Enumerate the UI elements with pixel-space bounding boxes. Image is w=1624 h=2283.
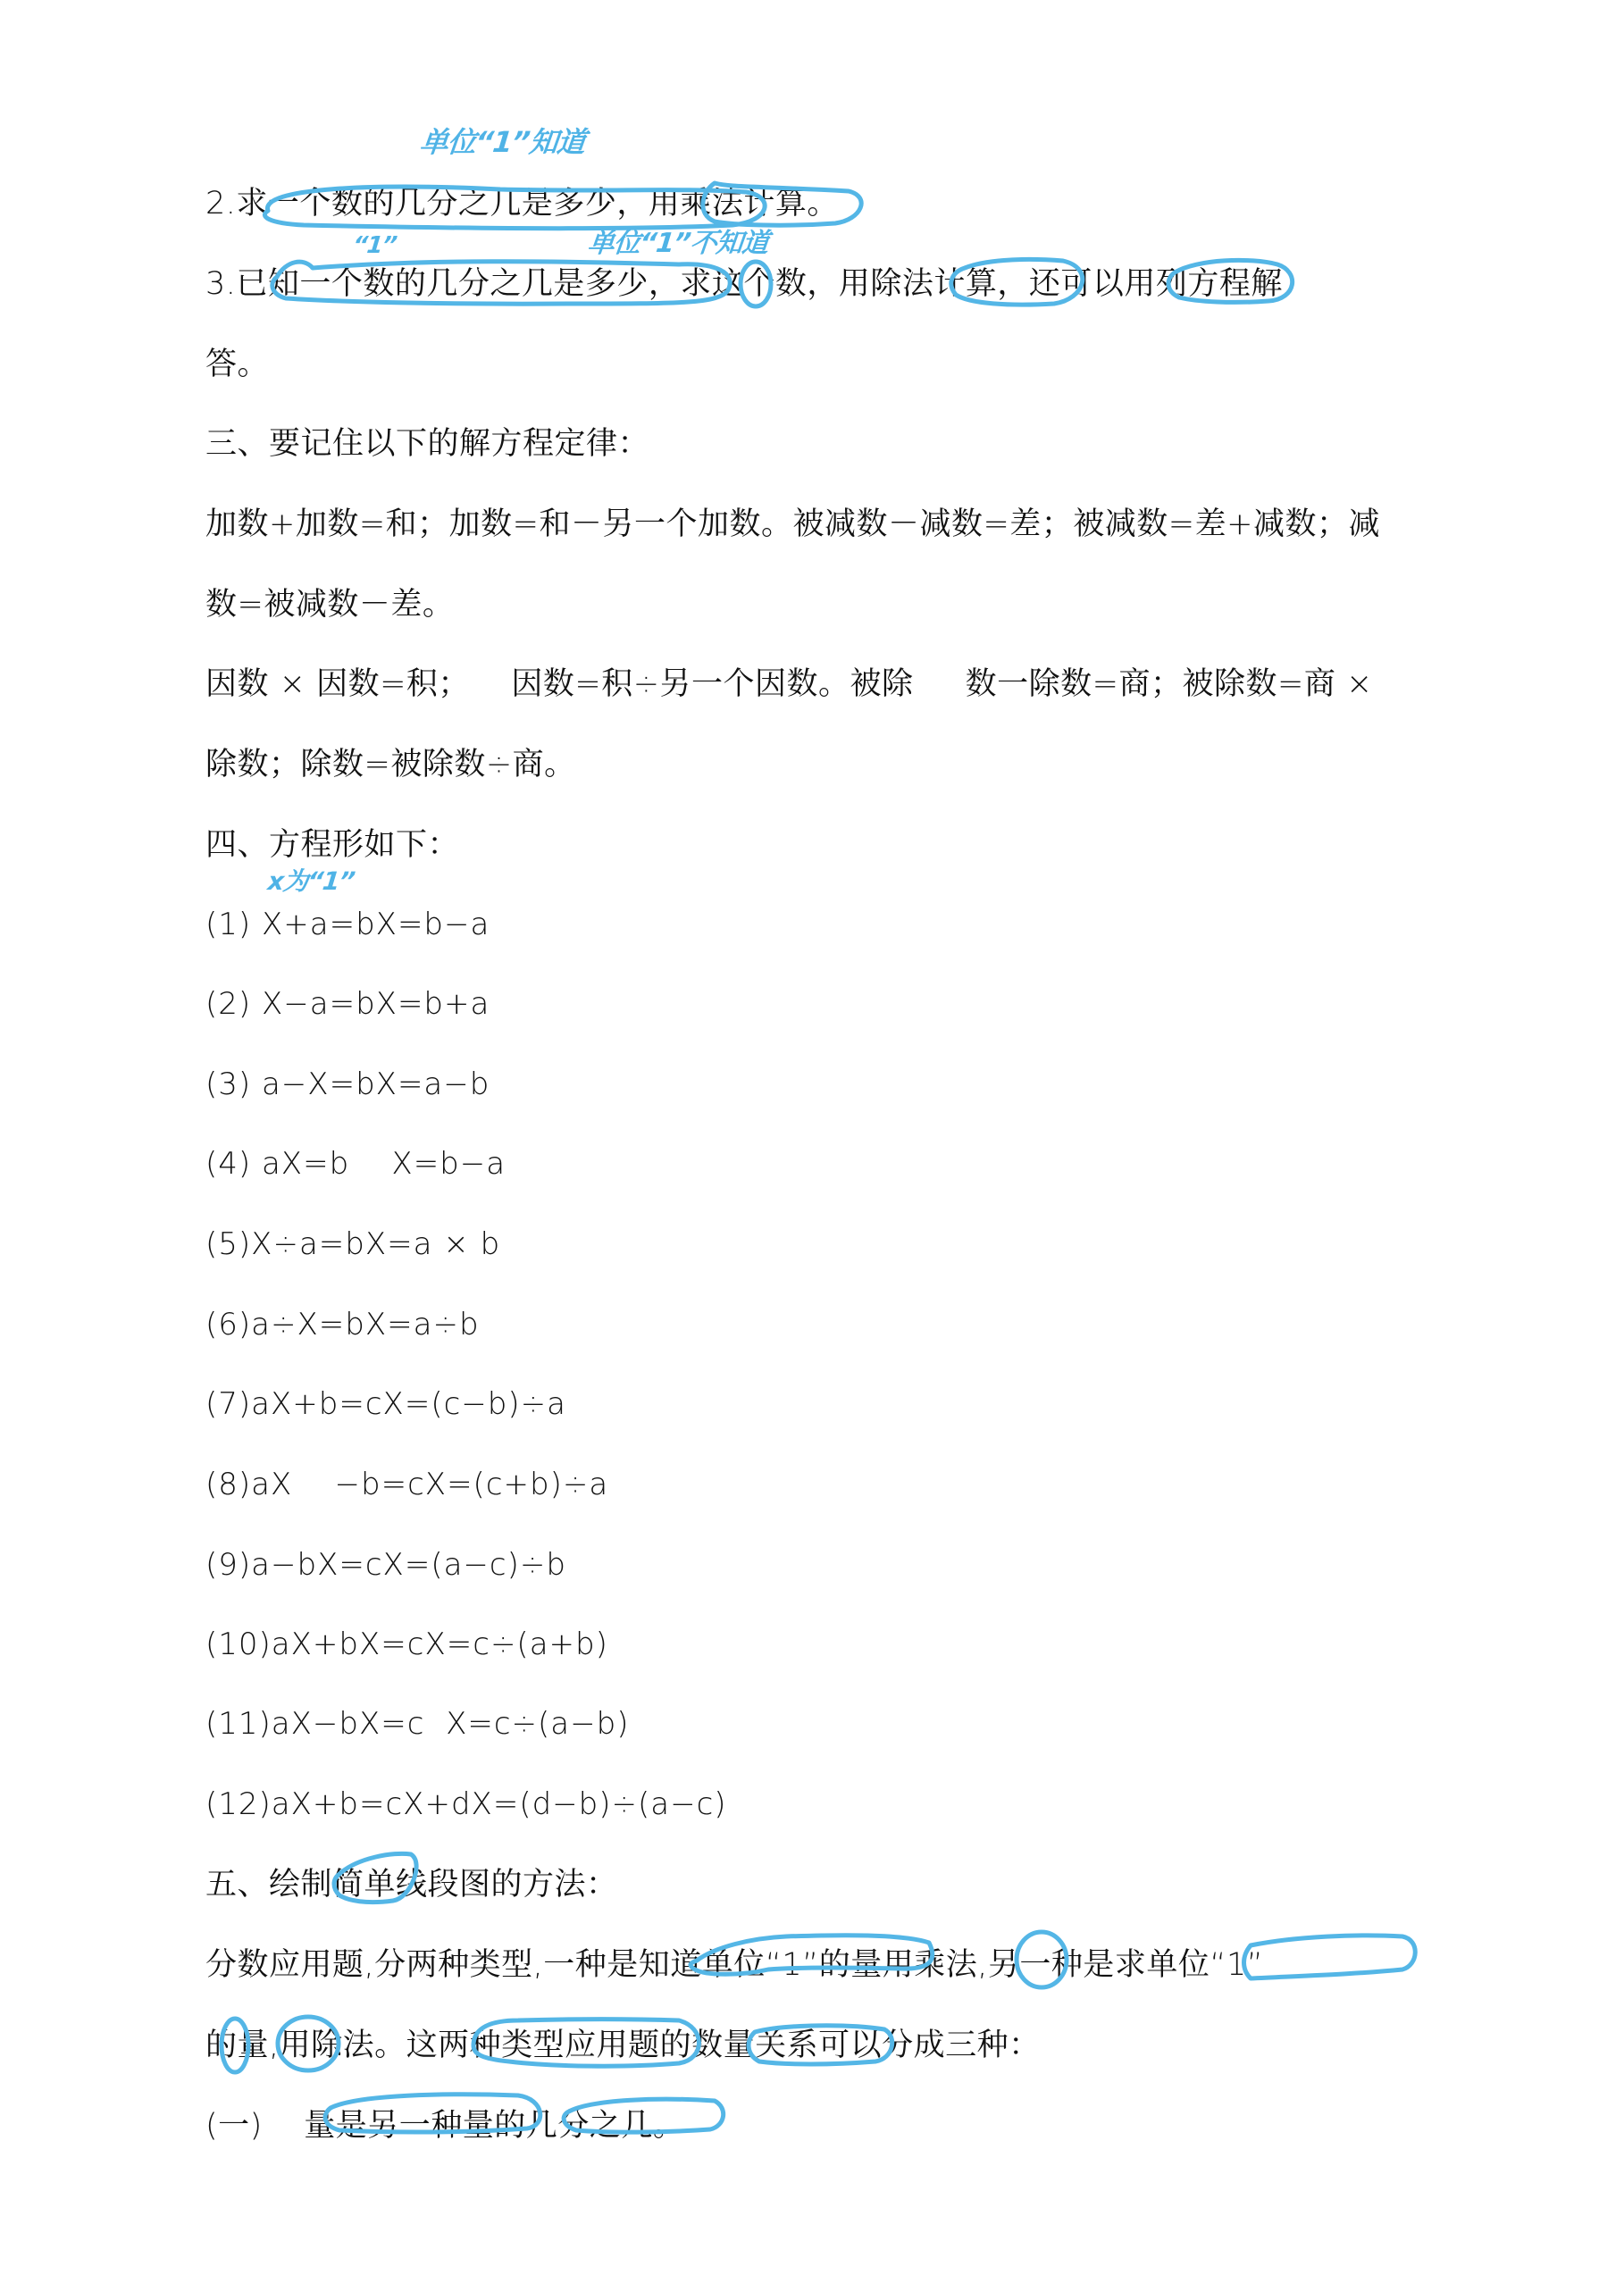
handwritten-note-one: “1” (351, 230, 398, 261)
fraction-types-line-a: 分数应用题,分两种类型,一种是知道单位“1”的量用乘法,另一种是求单位“1” (205, 1943, 1263, 1987)
equation-item: (3) a−X=bX=a−b (205, 1062, 490, 1107)
section-5-heading: 五、绘制简单线段图的方法： (205, 1862, 618, 1907)
equation-item: (8)aX −b=cX=(c+b)÷a (205, 1462, 608, 1507)
equation-item: (5)X÷a=bX=a × b (205, 1222, 500, 1267)
equation-item: (7)aX+b=cX=(c−b)÷a (205, 1382, 566, 1426)
document-page: 2.求一个数的几分之几是多少，用乘法计算。 3.已知一个数的几分之几是多少，求这… (0, 0, 1624, 2283)
fraction-types-line-b: 的量,用除法。这两种类型应用题的数量关系可以分成三种： (205, 2023, 1041, 2068)
mul-div-rule-line-b: 除数；除数=被除数÷商。 (205, 742, 576, 787)
rule-3-line-b: 答。 (205, 342, 269, 387)
equation-item: (12)aX+b=cX+dX=(d−b)÷(a−c) (205, 1782, 727, 1827)
ink-circle (1244, 1936, 1416, 1978)
section-4-heading: 四、方程形如下： (205, 823, 459, 867)
handwritten-note-unit-unknown: 单位“1”不知道 (586, 229, 769, 259)
rule-3-line-a: 3.已知一个数的几分之几是多少，求这个数，用除法计算，还可以用列方程解 (205, 262, 1283, 306)
mul-div-rule-line-a: 因数 × 因数=积； 因数=积÷另一个因数。被除 数一除数=商；被除数=商 × (205, 662, 1373, 707)
handwritten-note-unit-known: 单位“1”知道 (418, 127, 586, 157)
equation-item: (6)a÷X=bX=a÷b (205, 1302, 480, 1347)
handwritten-note-x-is-one: x为“1” (266, 866, 356, 897)
equation-item: (9)a−bX=cX=(a−c)÷b (205, 1543, 566, 1587)
equation-item: (1) X+a=bX=b−a (205, 902, 490, 947)
add-sub-rule-line-b: 数=被减数－差。 (205, 582, 454, 627)
rule-2-line: 2.求一个数的几分之几是多少，用乘法计算。 (205, 181, 839, 226)
equation-item: (10)aX+bX=cX=c÷(a+b) (205, 1622, 608, 1667)
equation-item: (2) X−a=bX=b+a (205, 982, 490, 1026)
relation-1-line: (一) 量是另一种量的几分之几。 (205, 2103, 684, 2148)
add-sub-rule-line-a: 加数+加数=和；加数=和－另一个加数。被减数－减数=差；被减数=差+减数；减 (205, 502, 1380, 547)
section-3-heading: 三、要记住以下的解方程定律： (205, 422, 649, 466)
equation-item: (11)aX−bX=c X=c÷(a−b) (205, 1702, 629, 1746)
equation-item: (4) aX=b X=b−a (205, 1141, 506, 1186)
